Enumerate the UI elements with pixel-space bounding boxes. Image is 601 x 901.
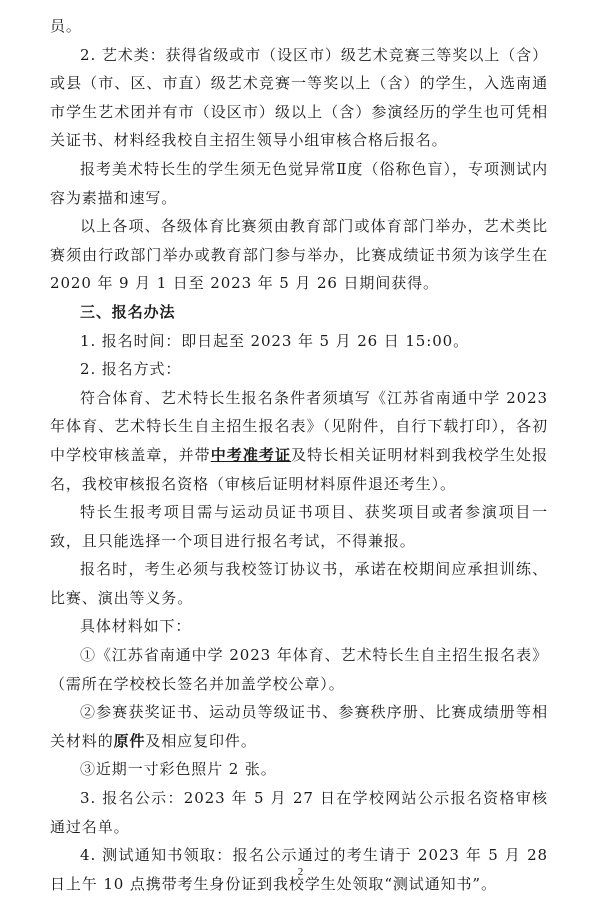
copies-text: 及相应复印件。 (145, 732, 256, 750)
section-heading-registration: 三、报名办法 (50, 298, 548, 327)
document-page: 员。 2. 艺术类：获得省级或市（设区市）级艺术竞赛三等奖以上（含）或县（市、区… (50, 12, 548, 898)
paragraph-art-category: 2. 艺术类：获得省级或市（设区市）级艺术竞赛三等奖以上（含）或县（市、区、市直… (50, 41, 548, 155)
originals-emphasis: 原件 (114, 732, 146, 750)
list-item-form: ①《江苏省南通中学 2023 年体育、艺术特长生自主招生报名表》（需所在学校校长… (50, 641, 548, 698)
list-item-photos: ③近期一寸彩色照片 2 张。 (50, 755, 548, 784)
paragraph-competition-rules: 以上各项、各级体育比赛须由教育部门或体育部门举办，艺术类比赛须由行政部门举办或教… (50, 212, 548, 298)
page-number: 2 (0, 866, 601, 878)
paragraph-single-item: 特长生报考项目需与运动员证书项目、获奖项目或者参演项目一致，且只能选择一个项目进… (50, 498, 548, 555)
paragraph-color-vision: 报考美术特长生的学生须无色觉异常Ⅱ度（俗称色盲），专项测试内容为素描和速写。 (50, 155, 548, 212)
exam-admission-ticket-emphasis: 中考准考证 (211, 446, 291, 464)
paragraph-registration-method: 2. 报名方式： (50, 355, 548, 384)
paragraph-materials-intro: 具体材料如下： (50, 612, 548, 641)
paragraph-agreement: 报名时，考生必须与我校签订协议书，承诺在校期间应承担训练、比赛、演出等义务。 (50, 555, 548, 612)
paragraph-registration-time: 1. 报名时间：即日起至 2023 年 5 月 26 日 15:00。 (50, 327, 548, 356)
paragraph-announcement: 3. 报名公示：2023 年 5 月 27 日在学校网站公示报名资格审核通过名单… (50, 784, 548, 841)
list-item-certificates: ②参赛获奖证书、运动员等级证书、参赛秩序册、比赛成绩册等相关材料的原件及相应复印… (50, 698, 548, 755)
paragraph-registration-form: 符合体育、艺术特长生报名条件者须填写《江苏省南通中学 2023 年体育、艺术特长… (50, 384, 548, 498)
paragraph-continuation: 员。 (50, 12, 548, 41)
registration-bring-text: 并带 (179, 446, 211, 464)
